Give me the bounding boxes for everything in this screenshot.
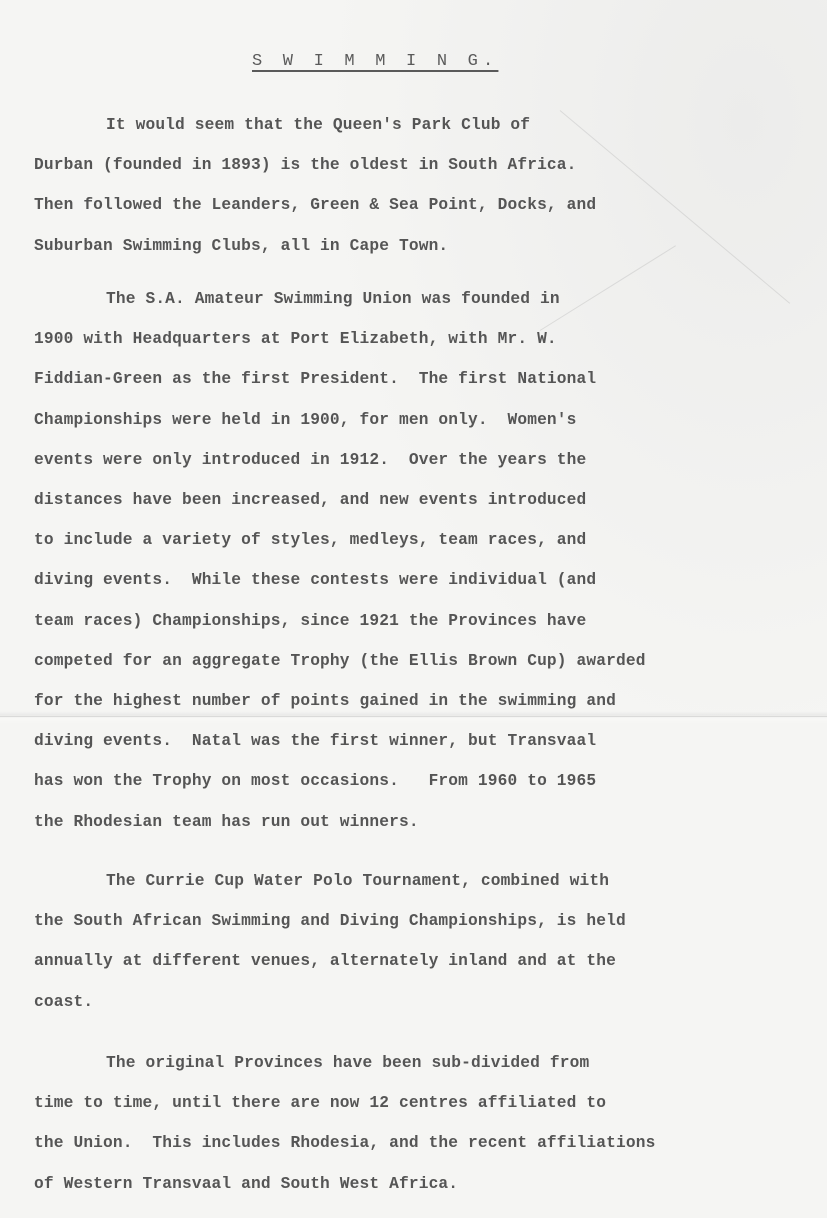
text-line: Then followed the Leanders, Green & Sea … — [34, 196, 596, 214]
text-line: Suburban Swimming Clubs, all in Cape Tow… — [34, 237, 448, 255]
text-line: competed for an aggregate Trophy (the El… — [34, 652, 646, 670]
text-line: It would seem that the Queen's Park Club… — [106, 116, 530, 134]
paper-crease — [0, 716, 827, 717]
text-line: coast. — [34, 993, 93, 1011]
text-line: to include a variety of styles, medleys,… — [34, 531, 586, 549]
text-line: annually at different venues, alternatel… — [34, 952, 616, 970]
text-line: the Union. This includes Rhodesia, and t… — [34, 1134, 655, 1152]
paper-sheet — [0, 0, 827, 1218]
text-line: Durban (founded in 1893) is the oldest i… — [34, 156, 577, 174]
text-line: events were only introduced in 1912. Ove… — [34, 451, 586, 469]
text-line: The S.A. Amateur Swimming Union was foun… — [106, 290, 560, 308]
text-line: the Rhodesian team has run out winners. — [34, 813, 419, 831]
text-line: diving events. While these contests were… — [34, 571, 596, 589]
text-line: for the highest number of points gained … — [34, 692, 616, 710]
text-line: The original Provinces have been sub-div… — [106, 1054, 589, 1072]
text-line: the South African Swimming and Diving Ch… — [34, 912, 626, 930]
paper-crease — [540, 245, 676, 331]
text-line: distances have been increased, and new e… — [34, 491, 586, 509]
text-line: of Western Transvaal and South West Afri… — [34, 1175, 458, 1193]
text-line: team races) Championships, since 1921 th… — [34, 612, 586, 630]
text-line: Fiddian-Green as the first President. Th… — [34, 370, 596, 388]
text-line: Championships were held in 1900, for men… — [34, 411, 577, 429]
text-line: time to time, until there are now 12 cen… — [34, 1094, 606, 1112]
text-line: 1900 with Headquarters at Port Elizabeth… — [34, 330, 557, 348]
text-line: diving events. Natal was the first winne… — [34, 732, 596, 750]
text-line: has won the Trophy on most occasions. Fr… — [34, 772, 596, 790]
document-title: S W I M M I N G. — [252, 52, 498, 71]
text-line: The Currie Cup Water Polo Tournament, co… — [106, 872, 609, 890]
